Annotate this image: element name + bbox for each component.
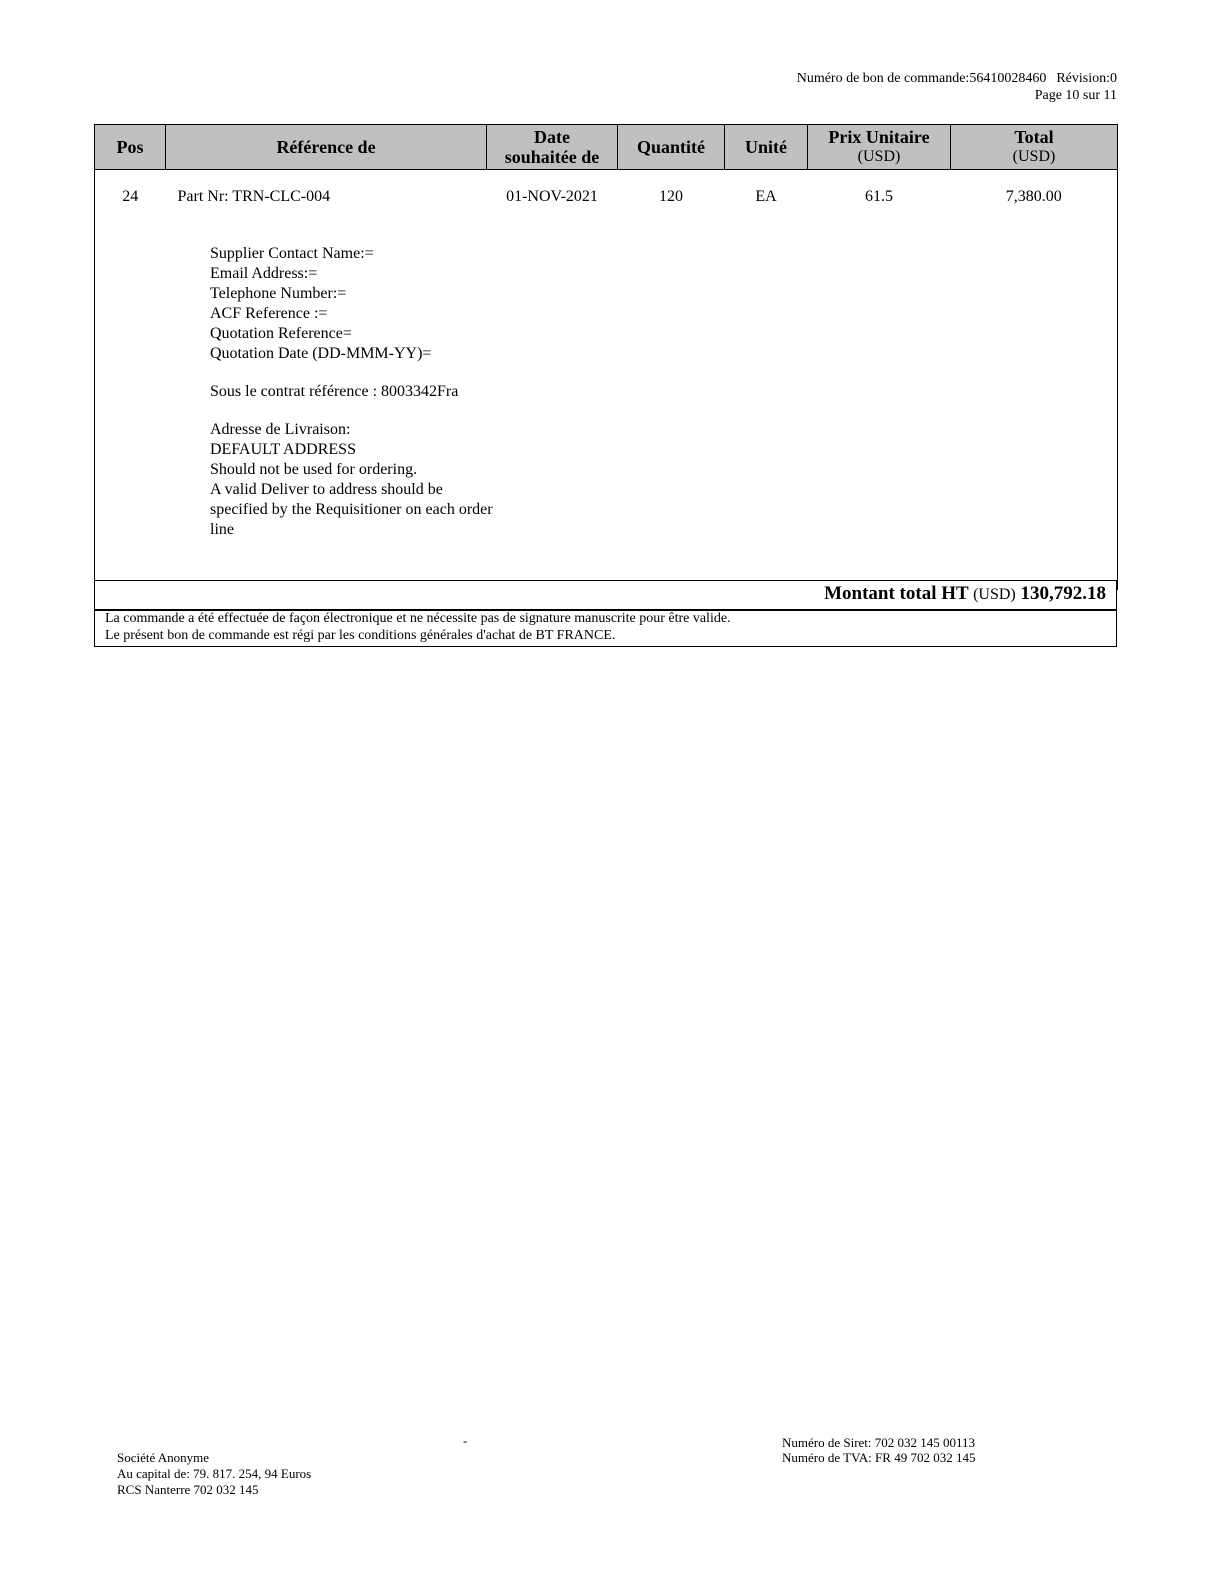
col-unit-price-label: Prix Unitaire xyxy=(828,127,929,147)
telephone-number: Telephone Number:= xyxy=(210,284,493,304)
delivery-label: Adresse de Livraison: xyxy=(210,420,493,440)
total-amount: 130,792.18 xyxy=(1021,583,1107,604)
cell-unit: EA xyxy=(725,170,808,208)
total-currency: (USD) xyxy=(973,586,1016,603)
grand-total: Montant total HT (USD) 130,792.18 xyxy=(94,580,1117,611)
email-address: Email Address:= xyxy=(210,264,493,284)
table-header-row: Pos Référence de Date souhaitée de Quant… xyxy=(95,125,1118,170)
col-quantity: Quantité xyxy=(618,125,725,170)
col-total-currency: (USD) xyxy=(951,147,1117,167)
col-date: Date souhaitée de xyxy=(487,125,618,170)
col-total-label: Total xyxy=(1014,127,1053,147)
contract-reference: Sous le contrat référence : 8003342Fra xyxy=(210,382,493,402)
col-unit-price-currency: (USD) xyxy=(808,147,950,167)
company-info: Société Anonyme Au capital de: 79. 817. … xyxy=(117,1450,311,1498)
line-details: Supplier Contact Name:= Email Address:= … xyxy=(210,244,493,540)
company-registration: Numéro de Siret: 702 032 145 00113 Numér… xyxy=(782,1435,975,1465)
col-total: Total (USD) xyxy=(951,125,1118,170)
acf-reference: ACF Reference := xyxy=(210,304,493,324)
cell-date: 01-NOV-2021 xyxy=(487,170,618,208)
cell-pos: 24 xyxy=(95,170,166,208)
note-electronic: La commande a été effectuée de façon éle… xyxy=(105,610,1116,627)
delivery-line: specified by the Requisitioner on each o… xyxy=(210,500,493,520)
company-rcs: RCS Nanterre 702 032 145 xyxy=(117,1482,311,1498)
vat-number: Numéro de TVA: FR 49 702 032 145 xyxy=(782,1450,975,1465)
delivery-line: Should not be used for ordering. xyxy=(210,460,493,480)
col-date-line2: souhaitée de xyxy=(505,147,600,167)
col-unit: Unité xyxy=(725,125,808,170)
delivery-line: A valid Deliver to address should be xyxy=(210,480,493,500)
siret-number: Numéro de Siret: 702 032 145 00113 xyxy=(782,1435,975,1450)
cell-unit-price: 61.5 xyxy=(808,170,951,208)
supplier-contact: Supplier Contact Name:= xyxy=(210,244,493,264)
delivery-line: line xyxy=(210,520,493,540)
delivery-line: DEFAULT ADDRESS xyxy=(210,440,493,460)
footer-separator: - xyxy=(463,1433,467,1449)
cell-total: 7,380.00 xyxy=(951,170,1118,208)
company-type: Société Anonyme xyxy=(117,1450,311,1466)
col-pos: Pos xyxy=(95,125,166,170)
document-header: Numéro de bon de commande:56410028460Rév… xyxy=(797,70,1117,104)
quotation-date: Quotation Date (DD-MMM-YY)= xyxy=(210,344,493,364)
page-number: Page 10 sur 11 xyxy=(797,87,1117,104)
col-reference: Référence de xyxy=(166,125,487,170)
table-row: 24 Part Nr: TRN-CLC-004 01-NOV-2021 120 … xyxy=(95,170,1118,208)
quotation-reference: Quotation Reference= xyxy=(210,324,493,344)
cell-quantity: 120 xyxy=(618,170,725,208)
po-number: Numéro de bon de commande:56410028460 xyxy=(797,71,1047,86)
legal-notes: La commande a été effectuée de façon éle… xyxy=(94,610,1117,647)
company-capital: Au capital de: 79. 817. 254, 94 Euros xyxy=(117,1466,311,1482)
revision: Révision:0 xyxy=(1056,71,1117,86)
cell-reference: Part Nr: TRN-CLC-004 xyxy=(166,170,487,208)
total-label: Montant total HT xyxy=(824,583,968,604)
col-unit-price: Prix Unitaire (USD) xyxy=(808,125,951,170)
col-date-line1: Date xyxy=(534,127,570,147)
note-conditions: Le présent bon de commande est régi par … xyxy=(105,627,1116,644)
